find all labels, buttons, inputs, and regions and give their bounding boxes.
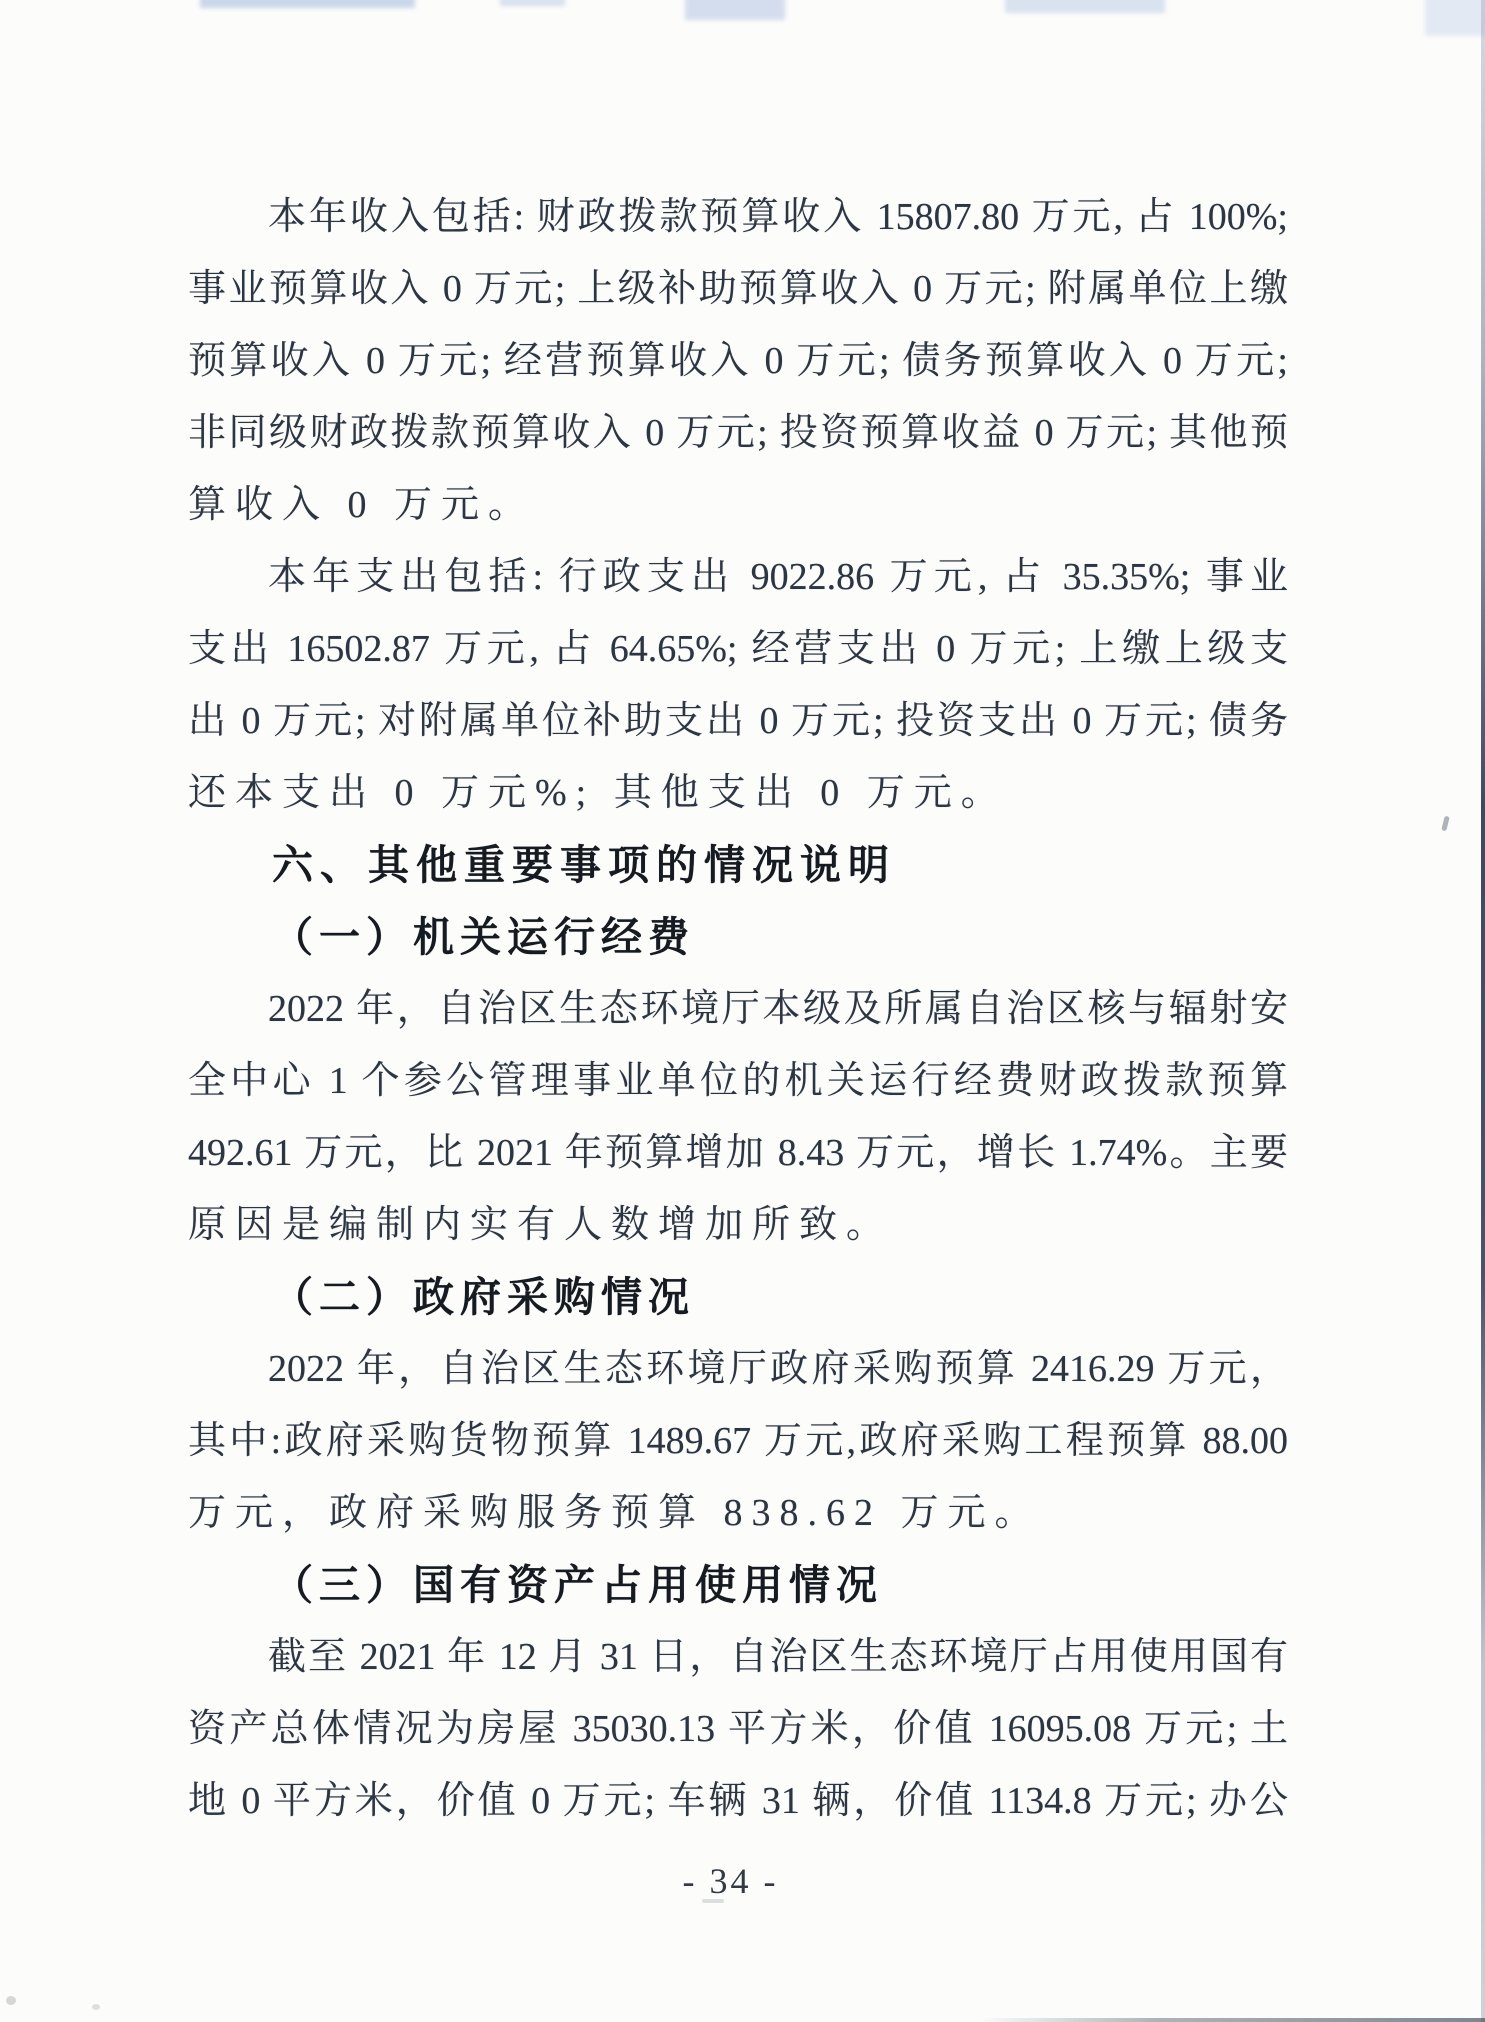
scan-speck-bottom-left-1: [6, 1996, 16, 2005]
paragraph-expenditure: 本年支出包括: 行政支出 9022.86 万元, 占 35.35%; 事业 支出…: [188, 541, 1288, 829]
text-line: 全中心 1 个参公管理事业单位的机关运行经费财政拨款预算: [188, 1045, 1288, 1117]
text-line: 预算收入 0 万元; 经营预算收入 0 万元; 债务预算收入 0 万元;: [188, 325, 1288, 397]
subsection-heading-three: （三）国有资产占用使用情况: [188, 1549, 1288, 1621]
text-line: 2022 年，自治区生态环境厅政府采购预算 2416.29 万元，: [188, 1333, 1288, 1405]
scan-smudge-top-2: [500, 0, 565, 6]
text-line: 还本支出 0 万元%; 其他支出 0 万元。: [188, 757, 1288, 829]
text-line: 支出 16502.87 万元, 占 64.65%; 经营支出 0 万元; 上缴上…: [188, 613, 1288, 685]
subsection-heading-one: （一）机关运行经费: [188, 901, 1288, 973]
text-line: 事业预算收入 0 万元; 上级补助预算收入 0 万元; 附属单位上缴: [188, 253, 1288, 325]
document-page: 本年收入包括: 财政拨款预算收入 15807.80 万元, 占 100%; 事业…: [0, 0, 1485, 2022]
scan-smudge-top-4: [1005, 0, 1165, 13]
text-line: 非同级财政拨款预算收入 0 万元; 投资预算收益 0 万元; 其他预: [188, 397, 1288, 469]
paragraph-income: 本年收入包括: 财政拨款预算收入 15807.80 万元, 占 100%; 事业…: [188, 181, 1288, 541]
text-line: 原因是编制内实有人数增加所致。: [188, 1189, 1288, 1261]
document-text-block: 本年收入包括: 财政拨款预算收入 15807.80 万元, 占 100%; 事业…: [188, 181, 1288, 1837]
text-line: 算收入 0 万元。: [188, 469, 1288, 541]
text-line: 截至 2021 年 12 月 31 日，自治区生态环境厅占用使用国有: [188, 1621, 1288, 1693]
text-line: 万元，政府采购服务预算 838.62 万元。: [188, 1477, 1288, 1549]
paragraph-operating-expense: 2022 年，自治区生态环境厅本级及所属自治区核与辐射安 全中心 1 个参公管理…: [188, 973, 1288, 1261]
paragraph-procurement: 2022 年，自治区生态环境厅政府采购预算 2416.29 万元， 其中:政府采…: [188, 1333, 1288, 1549]
text-line: 其中:政府采购货物预算 1489.67 万元,政府采购工程预算 88.00: [188, 1405, 1288, 1477]
text-line: 出 0 万元; 对附属单位补助支出 0 万元; 投资支出 0 万元; 债务: [188, 685, 1288, 757]
scan-speck-bottom-left-2: [92, 2004, 100, 2010]
page-number: - 34 -: [0, 1859, 1473, 1903]
scan-page-right-edge: [1481, 0, 1485, 2022]
text-line: 本年支出包括: 行政支出 9022.86 万元, 占 35.35%; 事业: [188, 541, 1288, 613]
text-line: 地 0 平方米，价值 0 万元; 车辆 31 辆，价值 1134.8 万元; 办…: [188, 1765, 1288, 1837]
scan-smudge-top-5: [1425, 0, 1485, 36]
scan-speck-right-margin: [1441, 816, 1449, 832]
text-line: 本年收入包括: 财政拨款预算收入 15807.80 万元, 占 100%;: [188, 181, 1288, 253]
scan-smudge-top-3: [685, 0, 785, 20]
section-heading-six: 六、其他重要事项的情况说明: [188, 829, 1288, 901]
text-line: 492.61 万元，比 2021 年预算增加 8.43 万元，增长 1.74%。…: [188, 1117, 1288, 1189]
paragraph-state-assets: 截至 2021 年 12 月 31 日，自治区生态环境厅占用使用国有 资产总体情…: [188, 1621, 1288, 1837]
subsection-heading-two: （二）政府采购情况: [188, 1261, 1288, 1333]
text-line: 2022 年，自治区生态环境厅本级及所属自治区核与辐射安: [188, 973, 1288, 1045]
scan-smudge-top-1: [200, 0, 415, 8]
text-line: 资产总体情况为房屋 35030.13 平方米，价值 16095.08 万元; 土: [188, 1693, 1288, 1765]
scan-page-bottom-edge: [980, 2018, 1485, 2022]
